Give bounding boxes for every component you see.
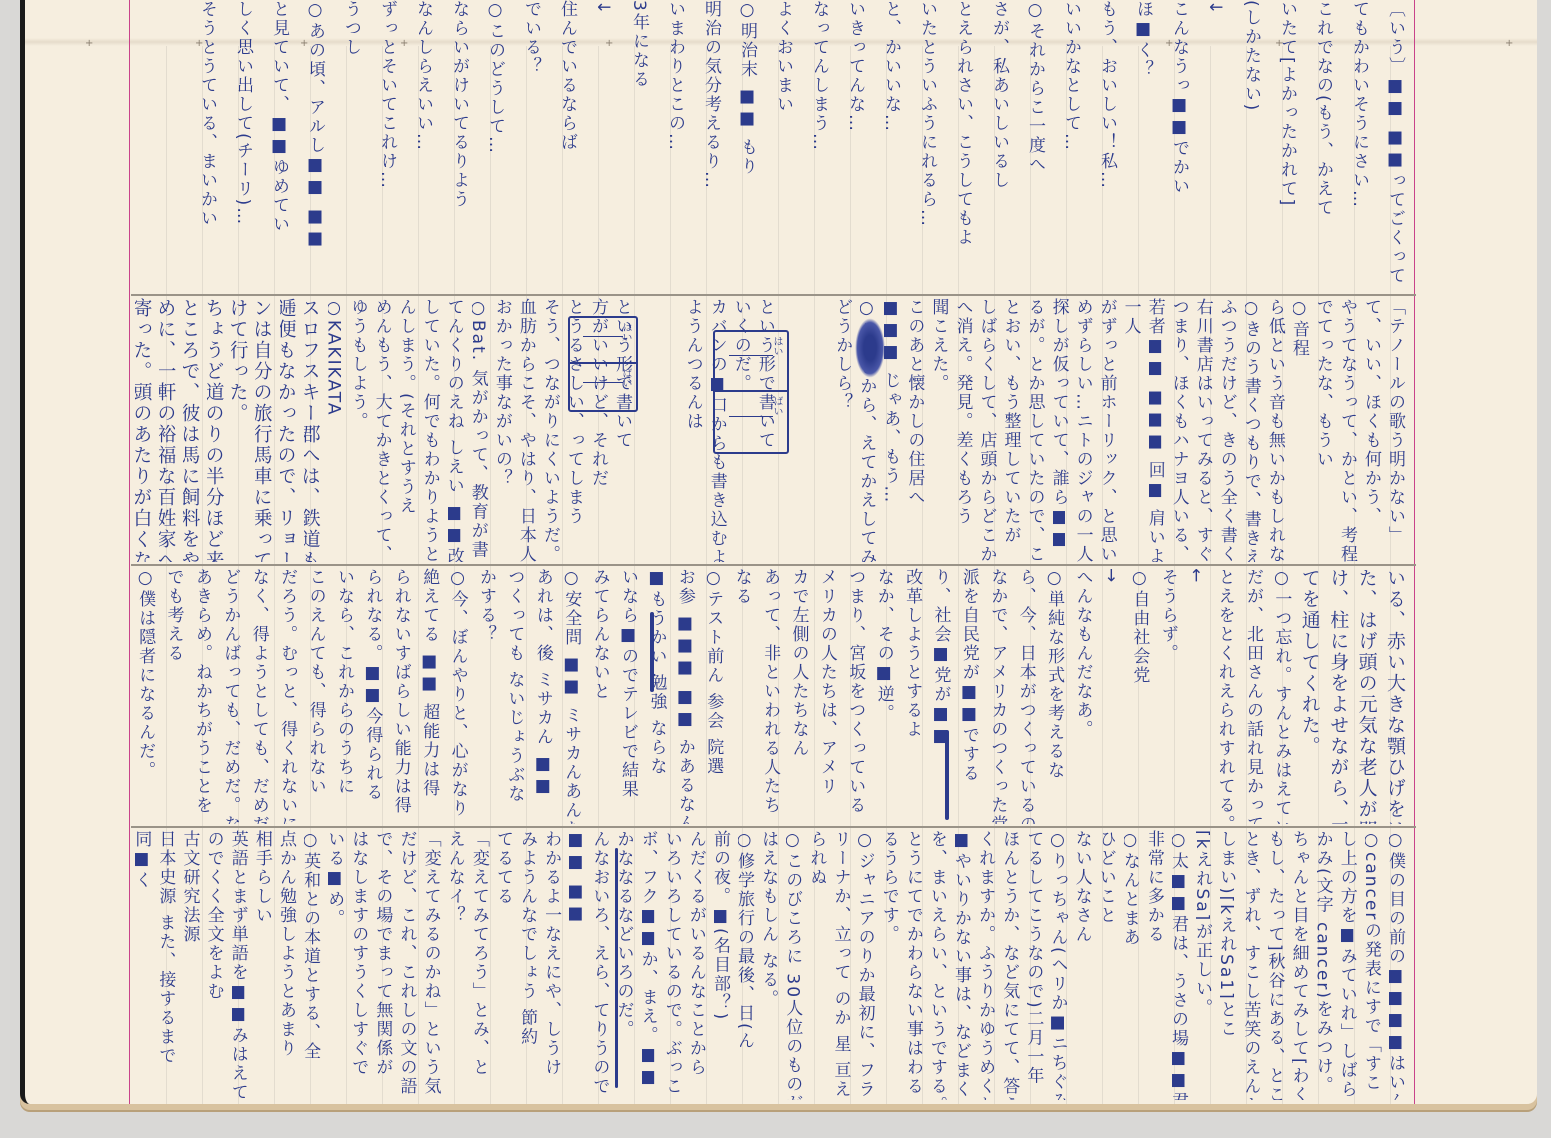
handwritten-column: ■もうかい 勉強 ならな — [646, 568, 674, 824]
handwritten-column: 3年になる — [621, 0, 657, 292]
handwritten-column: しく思い出して(チーリ)… — [225, 0, 261, 292]
handwritten-column: 同■く — [135, 830, 159, 1100]
handwritten-column: ← — [1186, 568, 1214, 824]
handwritten-column: だろう。むっと、得くれないに — [277, 568, 305, 824]
handwritten-column: これでなの(もう、かえて — [1305, 0, 1341, 292]
handwritten-column: ○自由社会党 — [1129, 568, 1157, 824]
handwritten-column: ○テスト前ん 参会 院選 — [703, 568, 731, 824]
handwritten-column: しまい)[kえれSa1]とこ — [1220, 830, 1244, 1100]
handwritten-column: そう、つながりにくいようだ。 — [544, 298, 568, 562]
handwritten-column: と、かいいな… — [873, 0, 909, 292]
handwritten-column: 逓便もなかったので、リョーヴィ — [280, 298, 304, 562]
handwritten-column: 絶えてる ■■ 超能力は得 — [419, 568, 447, 824]
sketch-row: はい — [715, 332, 787, 392]
handwritten-column: なってんしまう… — [801, 0, 837, 292]
handwritten-column: ンは自分の旅行馬車に乗って出か — [255, 298, 279, 562]
handwritten-column: ようんつるんは — [687, 298, 711, 562]
handwritten-column: ○今、ぼんやりと、心がなり — [447, 568, 475, 824]
band-divider — [131, 564, 1416, 566]
handwritten-column: なる — [731, 568, 759, 824]
handwritten-column: ○僕は隠者になるんだ。 — [135, 568, 163, 824]
handwritten-column: なかで、アメリカのつくった党 — [987, 568, 1015, 824]
handwritten-column: ○Bat. 気がかって、教育が書 — [472, 298, 496, 562]
handwritten-column: 非常に多かる — [1148, 830, 1172, 1100]
sketch-row: ばい — [570, 364, 636, 410]
handwritten-column: ■■ ■■ — [569, 830, 593, 1100]
right-margin-rule — [1414, 0, 1415, 1104]
handwritten-column: てもかわいそうにさい… — [1341, 0, 1377, 292]
handwritten-column: とえられさい、こうしてもよ — [945, 0, 981, 292]
handwritten-column: けて行った。 — [231, 298, 255, 562]
handwritten-column: ■やいりかない事は、などまくえつ — [955, 830, 979, 1100]
layout-sketch-2: はい ばい — [568, 316, 638, 412]
handwritten-column: あきらめ。ねかちがうことを — [192, 568, 220, 824]
handwritten-column: ら、今、日本がつくっているの — [1015, 568, 1043, 824]
handwritten-column: いなら■のでテレビで結果 — [618, 568, 646, 824]
text-band-1: 〔いう〕■■ ■■ってごくって てもかわいそうにさい… これでなの(もう、かえて… — [135, 0, 1413, 292]
handwritten-column: ○ジャニアのりか最初に、フラブラ — [858, 830, 882, 1100]
handwritten-column: でも考える — [163, 568, 191, 824]
handwritten-column: ずっとそいてこれけ… — [369, 0, 405, 292]
text-band-3: いる、赤い大きな顎ひげをはやし た、はげ頭の元気な老人が門をあ け、柱に身をよせ… — [135, 568, 1413, 824]
handwritten-column: でてったな、もうい — [1317, 298, 1341, 562]
handwritten-column: ■■■ じゃあ、もう… — [884, 298, 908, 562]
band-divider — [131, 294, 1416, 296]
handwritten-column: とき、ずれ、すこし苦笑のえんか。 — [1244, 830, 1268, 1100]
handwritten-column: ひどいこと — [1100, 830, 1124, 1100]
handwritten-column: 「テノールの歌う明かない」 — [1389, 298, 1413, 562]
handwritten-column: わかるよ一なえにや、しうけ — [545, 830, 569, 1100]
handwritten-column: ところで、彼は馬に飼料をやるた — [183, 298, 207, 562]
handwritten-column: [kえれSa]が正しい。 — [1196, 830, 1220, 1100]
handwritten-column: た、はげ頭の元気な老人が門をあ — [1356, 568, 1384, 824]
handwritten-column: つまり、宮坂をつくっている — [845, 568, 873, 824]
handwritten-column: なか、その■逆。 — [873, 568, 901, 824]
sketch-row: ばい — [715, 392, 787, 452]
handwritten-column: ○きのう書くつもりで、書きえてみると — [1245, 298, 1269, 562]
handwritten-column: このあと懐かしの住居へ — [908, 298, 932, 562]
handwritten-column: ○英和との本道とする、全 — [304, 830, 328, 1100]
handwritten-column: し上の方を■みていれ」しばらく見えが — [1341, 830, 1365, 1100]
handwritten-column: みようんなでしょう 節約 — [521, 830, 545, 1100]
handwritten-column: へんなもんだなあ。 — [1072, 568, 1100, 824]
handwritten-column: いる、赤い大きな顎ひげをはやし — [1385, 568, 1413, 824]
handwritten-column: ちゃんと目を細めてみして[わくなえん — [1292, 830, 1316, 1100]
handwritten-column: 日本史源 また、接するまで — [159, 830, 183, 1100]
handwritten-column: ○太■■君は、うさの場■■君の後 — [1172, 830, 1196, 1100]
handwritten-column: がずっと前ホーリック、と思い。 — [1101, 298, 1125, 562]
handwritten-column: そうとうている、まいかい — [189, 0, 225, 292]
handwritten-column: てるてる — [497, 830, 521, 1100]
handwritten-column: 右川書店はいってみると、すぐかれているは — [1197, 298, 1221, 562]
handwritten-column: ボ、フク■■か、まえ。■■ — [642, 830, 666, 1100]
handwritten-column: られぬ — [810, 830, 834, 1100]
ink-strikethrough — [945, 730, 949, 820]
handwritten-column: を、まいえらい、というでする。ほん — [931, 830, 955, 1100]
handwritten-column: 探しが仮っていて、誰ら■■ — [1053, 298, 1077, 562]
handwritten-column: とえをとくれえられすれてる。 — [1214, 568, 1242, 824]
handwritten-column: おかった事ながいの？ — [496, 298, 520, 562]
handwritten-column: ない人なさん — [1075, 830, 1099, 1100]
handwritten-column: もし、たって]秋谷にある、とこみて — [1268, 830, 1292, 1100]
layout-sketch-placeholder — [783, 298, 836, 562]
handwritten-column: つくっても ないじょうぶな — [504, 568, 532, 824]
handwritten-column: 明治の気分考えるり… — [693, 0, 729, 292]
handwritten-column: → — [1101, 568, 1129, 824]
handwritten-column: いたとういふうにれるら… — [909, 0, 945, 292]
handwritten-column: かみ(文字 cancer)をみつけ。 — [1317, 830, 1341, 1100]
handwritten-column: るうらです。 — [883, 830, 907, 1100]
handwritten-column: スロフスキー郡へは、鉄道も駅 — [304, 298, 328, 562]
handwritten-column: かななるなどいろのだ。 — [617, 830, 641, 1100]
handwritten-column: 血肪からこそ、やはり、日本人 — [520, 298, 544, 562]
handwritten-column: はなしますのすうくしすぐで — [352, 830, 376, 1100]
handwritten-column: ○単純な形式を考えるな — [1044, 568, 1072, 824]
handwritten-column: 寄った。頭のあたりが白くなって — [135, 298, 159, 562]
handwritten-column: ○りっちゃん(ヘリか■ニちぐみ — [1051, 830, 1075, 1100]
handwritten-column: 「変えてみるのかね」という気 — [425, 830, 449, 1100]
handwritten-column: ○僕の目の前の■■■■はいんみ — [1389, 830, 1413, 1100]
handwritten-column: うつし — [333, 0, 369, 292]
handwritten-column: られないすばらしい能力は得 — [390, 568, 418, 824]
handwritten-column: なんしらえいい… — [405, 0, 441, 292]
handwritten-column: 〔いう〕■■ ■■ってごくって — [1377, 0, 1413, 292]
handwritten-column: しばらくして、店頭からどこか — [980, 298, 1004, 562]
handwritten-column: ちょうど道のりの半分ほど来た — [207, 298, 231, 562]
handwritten-column: カで左側の人たちなん — [788, 568, 816, 824]
handwritten-column: ○なんとまあ — [1124, 830, 1148, 1100]
handwritten-column: んだくるがいるんなことから — [690, 830, 714, 1100]
handwritten-column: いいかなとして… — [1053, 0, 1089, 292]
handwritten-column: やうてなうって、かとい、考程 — [1341, 298, 1365, 562]
handwritten-column: リーナか、立って のか 星 亘え — [834, 830, 858, 1100]
handwritten-column: なく、得ようとしても、だめだ。 — [248, 568, 276, 824]
notebook-page: + + + + + + + + 〔いう〕■■ ■■ってごくって てもかわいそうに… — [20, 0, 1537, 1104]
handwritten-column: ふつうだけど、きのう全く書くまでかかって — [1221, 298, 1245, 562]
layout-sketch-placeholder — [640, 298, 687, 562]
handwritten-column: ゆうもしよう。 — [352, 298, 376, 562]
handwritten-column: くれますか。ふうりかゆうめくれ — [979, 830, 1003, 1100]
handwritten-column: てるしてこうなので)二月一年 — [1027, 830, 1051, 1100]
handwritten-column: はえなもしん なる。 — [762, 830, 786, 1100]
handwritten-column: のでくく全文をよむ — [208, 830, 232, 1100]
handwritten-column: てを通してくれた。 — [1299, 568, 1327, 824]
handwritten-column: だけど、これ、これしの文の語 — [400, 830, 424, 1100]
handwritten-column: めずらしい…ニトのジャの一人 — [1077, 298, 1101, 562]
ink-strikethrough — [615, 848, 618, 1088]
handwritten-column: ○このどうして… — [477, 0, 513, 292]
handwritten-column: (しかたない) — [1233, 0, 1269, 292]
stitch-mark: + — [85, 38, 91, 46]
handwritten-column: お参 ■■■ ■■ かあるなんて — [674, 568, 702, 824]
handwritten-column: ほ■く？ — [1125, 0, 1161, 292]
handwritten-column: ○明治末 ■■ もり — [729, 0, 765, 292]
handwritten-column: とおい、もう整理していたが — [1004, 298, 1028, 562]
handwritten-column: つまり、ほくもハナヨ人いる、その中の — [1173, 298, 1197, 562]
left-margin-rule — [129, 0, 130, 1104]
handwritten-column: さが、私あいしいるし — [981, 0, 1017, 292]
handwritten-column: ○cancerの発表にすで「すこ — [1365, 830, 1389, 1100]
handwritten-column: いろいろしているので。ぶっこ — [666, 830, 690, 1100]
handwritten-column: こんなうっ■■でかい — [1161, 0, 1197, 292]
ink-scribble — [855, 318, 885, 378]
handwritten-column: いきってんな… — [837, 0, 873, 292]
handwritten-column: よくおいまい — [765, 0, 801, 292]
handwritten-column: ら低という音も無いかもしれない — [1269, 298, 1293, 562]
handwritten-column: け、柱に身をよせながら、三頭立 — [1328, 568, 1356, 824]
handwritten-column: あって、非といわれる人たち — [760, 568, 788, 824]
handwritten-column: て、いい、ほくも何かう、 — [1365, 298, 1389, 562]
handwritten-column: 聞こえた。 — [932, 298, 956, 562]
handwritten-column: していた。何でもわかりようとしよう — [424, 298, 448, 562]
handwritten-column: 一人 — [1125, 298, 1149, 562]
handwritten-column: ○音程 — [1293, 298, 1317, 562]
handwritten-column: 相手らしい — [256, 830, 280, 1100]
handwritten-column: ○このびころに 30人位のものがもしみ — [786, 830, 810, 1100]
handwritten-column: 「変えてみてろう」とみ、と — [473, 830, 497, 1100]
handwritten-column: かする？ — [476, 568, 504, 824]
handwritten-column: いたて[よかったかれて] — [1269, 0, 1305, 292]
handwritten-column: みてらんないと — [589, 568, 617, 824]
handwritten-column: で、その場でまって無関係が — [376, 830, 400, 1100]
handwritten-column: メリカの人たちは、アメリ — [816, 568, 844, 824]
handwritten-column: られなる。■■今得られる — [362, 568, 390, 824]
handwritten-column: あれは、後 ミサカん ■■ — [532, 568, 560, 824]
handwritten-column: えんなイ？ — [449, 830, 473, 1100]
handwritten-column: いなら、これからのうちに — [334, 568, 362, 824]
handwritten-column: めに、一軒の裕福な百姓家へ立ち — [159, 298, 183, 562]
sketch-row: はい — [570, 318, 636, 364]
handwritten-column: へ消え。発見。差くもろう — [956, 298, 980, 562]
handwritten-heading-kakikata: ○KAKIKATA — [328, 298, 352, 562]
handwritten-column: ○修学旅行の最後、日(ん — [738, 830, 762, 1100]
handwritten-column: 古文研究法源 — [183, 830, 207, 1100]
handwritten-column: 前の夜。■(名目部？) — [714, 830, 738, 1100]
handwritten-column: どうかんばっても、だめだ。なら — [220, 568, 248, 824]
handwritten-column: ○あの頃、アルし■■ ■■ — [297, 0, 333, 292]
handwritten-column: と見ていて、■■ゆめてい — [261, 0, 297, 292]
stitch-mark: + — [1505, 38, 1511, 46]
layout-sketch-1: はい ばい — [713, 330, 789, 454]
handwritten-column: ↓ — [585, 0, 621, 292]
handwritten-column: めんもう、大てかきとくって、かとう — [376, 298, 400, 562]
handwritten-column: 英語とまず単語を■■みはえて — [232, 830, 256, 1100]
handwritten-column: るが。とか思していたので、これは — [1029, 298, 1053, 562]
handwritten-column: ○それからこ一度へ — [1017, 0, 1053, 292]
handwritten-column: ○安全問 ■■ ミサカんあんな — [561, 568, 589, 824]
handwritten-column: てんくりのえね しえい ■■改良 — [448, 298, 472, 562]
handwritten-column: 住んでいるならば — [549, 0, 585, 292]
handwritten-column: ↓ — [1197, 0, 1233, 292]
handwritten-column: んなおいろ、えら、てりうので — [593, 830, 617, 1100]
ink-strikethrough — [650, 612, 654, 692]
band-divider — [131, 826, 1416, 828]
handwritten-column: 若者■■ ■■■ 回■ 肩いよっ — [1149, 298, 1173, 562]
handwritten-column: いる■め。 — [328, 830, 352, 1100]
handwritten-column: とうにてでかわらない事はわる — [907, 830, 931, 1100]
text-band-4: ○僕の目の前の■■■■はいんみ ○cancerの発表にすで「すこ し上の方を■み… — [135, 830, 1413, 1100]
handwritten-column: このえんても、得られない — [305, 568, 333, 824]
handwritten-column: もう、おいしい！私… — [1089, 0, 1125, 292]
handwritten-column: そうらず。 — [1157, 568, 1185, 824]
handwritten-column: だが、北田さんの話れ見かって、話ら — [1243, 568, 1271, 824]
handwritten-column: ○一つ忘れ。すんとみはえているの — [1271, 568, 1299, 824]
handwritten-column: 点かん勉強しようとあまり — [280, 830, 304, 1100]
handwritten-column: 派を自民党が■■でする — [959, 568, 987, 824]
handwritten-column: でいる？ — [513, 0, 549, 292]
handwritten-column: いまわりとこの… — [657, 0, 693, 292]
handwritten-column: ならいがけいてるりよう — [441, 0, 477, 292]
handwritten-column: んしまう。(それとすうえ — [400, 298, 424, 562]
handwritten-column: ほんとうか、など気にてて、答えて — [1003, 830, 1027, 1100]
handwritten-column: 改革しようとするよ — [902, 568, 930, 824]
